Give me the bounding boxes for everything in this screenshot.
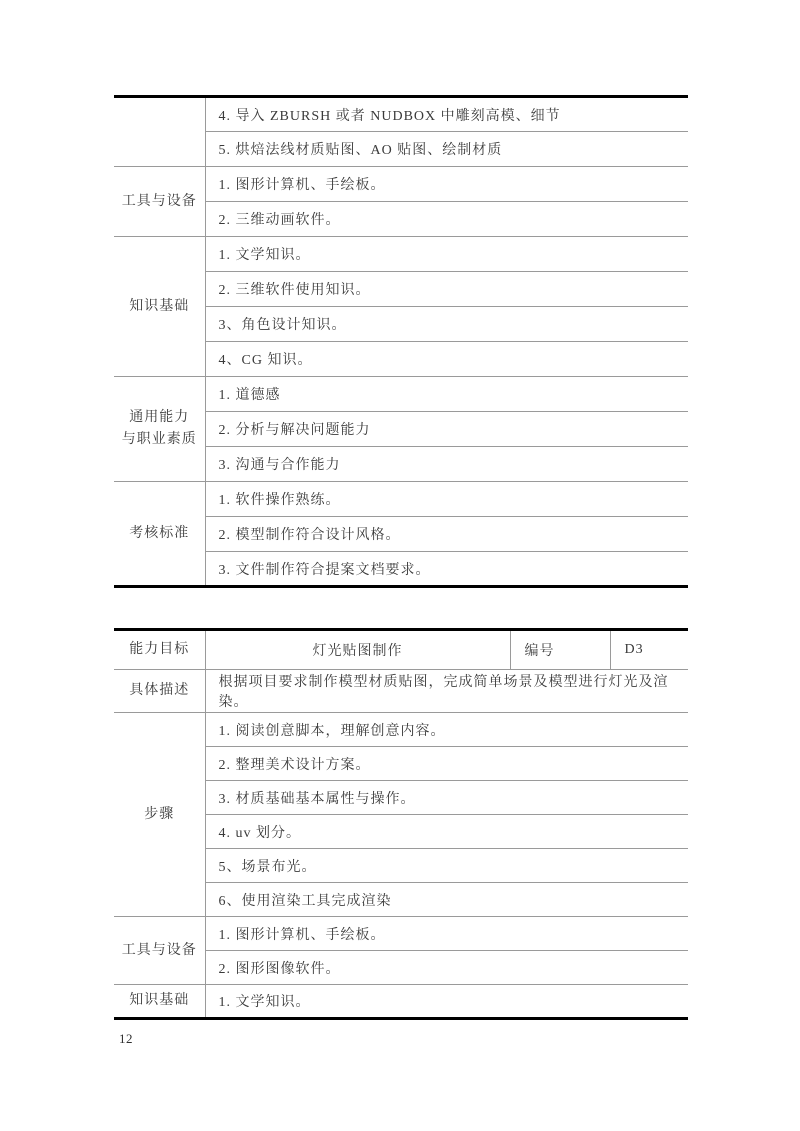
table-header-row: 能力目标 灯光贴图制作 编号 D3	[114, 630, 688, 670]
competency-table-1: 4. 导入 ZBURSH 或者 NUDBOX 中雕刻高模、细节 5. 烘焙法线材…	[114, 95, 688, 588]
item-cell: 2. 整理美术设计方案。	[205, 747, 688, 781]
table-row: 4. 导入 ZBURSH 或者 NUDBOX 中雕刻高模、细节	[114, 97, 688, 132]
item-cell: 4. uv 划分。	[205, 815, 688, 849]
section-label-cell: 步骤	[114, 713, 205, 917]
item-cell: 3. 沟通与合作能力	[205, 447, 688, 482]
table-row: 通用能力 与职业素质 1. 道德感	[114, 377, 688, 412]
item-cell: 3. 材质基础基本属性与操作。	[205, 781, 688, 815]
item-cell: 4、CG 知识。	[205, 342, 688, 377]
section-label-cell: 工具与设备	[114, 917, 205, 985]
item-cell: 6、使用渲染工具完成渲染	[205, 883, 688, 917]
table-row: 知识基础 1. 文学知识。	[114, 237, 688, 272]
section-label-cell: 具体描述	[114, 670, 205, 713]
code-value-cell: D3	[610, 630, 688, 670]
page-number: 12	[119, 1031, 133, 1047]
item-cell: 2. 模型制作符合设计风格。	[205, 517, 688, 552]
section-label-cell: 知识基础	[114, 985, 205, 1019]
item-cell: 1. 软件操作熟练。	[205, 482, 688, 517]
item-cell: 2. 三维软件使用知识。	[205, 272, 688, 307]
item-cell: 3. 文件制作符合提案文档要求。	[205, 552, 688, 587]
capability-goal-label-cell: 能力目标	[114, 630, 205, 670]
table-row: 步骤 1. 阅读创意脚本，理解创意内容。	[114, 713, 688, 747]
item-cell: 5. 烘焙法线材质贴图、AO 贴图、绘制材质	[205, 132, 688, 167]
item-cell: 1. 图形计算机、手绘板。	[205, 917, 688, 951]
item-cell: 1. 阅读创意脚本，理解创意内容。	[205, 713, 688, 747]
section-label-cell: 考核标准	[114, 482, 205, 587]
table-row: 工具与设备 1. 图形计算机、手绘板。	[114, 917, 688, 951]
section-label-cell: 知识基础	[114, 237, 205, 377]
item-cell: 3、角色设计知识。	[205, 307, 688, 342]
item-cell: 4. 导入 ZBURSH 或者 NUDBOX 中雕刻高模、细节	[205, 97, 688, 132]
competency-table-2: 能力目标 灯光贴图制作 编号 D3 具体描述 根据项目要求制作模型材质贴图，完成…	[114, 628, 688, 1020]
section-label-cell	[114, 97, 205, 167]
item-cell: 5、场景布光。	[205, 849, 688, 883]
item-cell: 1. 道德感	[205, 377, 688, 412]
section-label-cell: 通用能力 与职业素质	[114, 377, 205, 482]
item-cell: 2. 三维动画软件。	[205, 202, 688, 237]
table-row: 知识基础 1. 文学知识。	[114, 985, 688, 1019]
code-label-cell: 编号	[510, 630, 610, 670]
item-cell: 2. 分析与解决问题能力	[205, 412, 688, 447]
item-cell: 1. 文学知识。	[205, 237, 688, 272]
table-row: 考核标准 1. 软件操作熟练。	[114, 482, 688, 517]
section-label-cell: 工具与设备	[114, 167, 205, 237]
item-cell: 根据项目要求制作模型材质贴图，完成简单场景及模型进行灯光及渲染。	[205, 670, 688, 713]
document-page: 4. 导入 ZBURSH 或者 NUDBOX 中雕刻高模、细节 5. 烘焙法线材…	[0, 0, 800, 1131]
item-cell: 2. 图形图像软件。	[205, 951, 688, 985]
table-row: 具体描述 根据项目要求制作模型材质贴图，完成简单场景及模型进行灯光及渲染。	[114, 670, 688, 713]
capability-title-cell: 灯光贴图制作	[205, 630, 510, 670]
table-row: 工具与设备 1. 图形计算机、手绘板。	[114, 167, 688, 202]
item-cell: 1. 文学知识。	[205, 985, 688, 1019]
item-cell: 1. 图形计算机、手绘板。	[205, 167, 688, 202]
